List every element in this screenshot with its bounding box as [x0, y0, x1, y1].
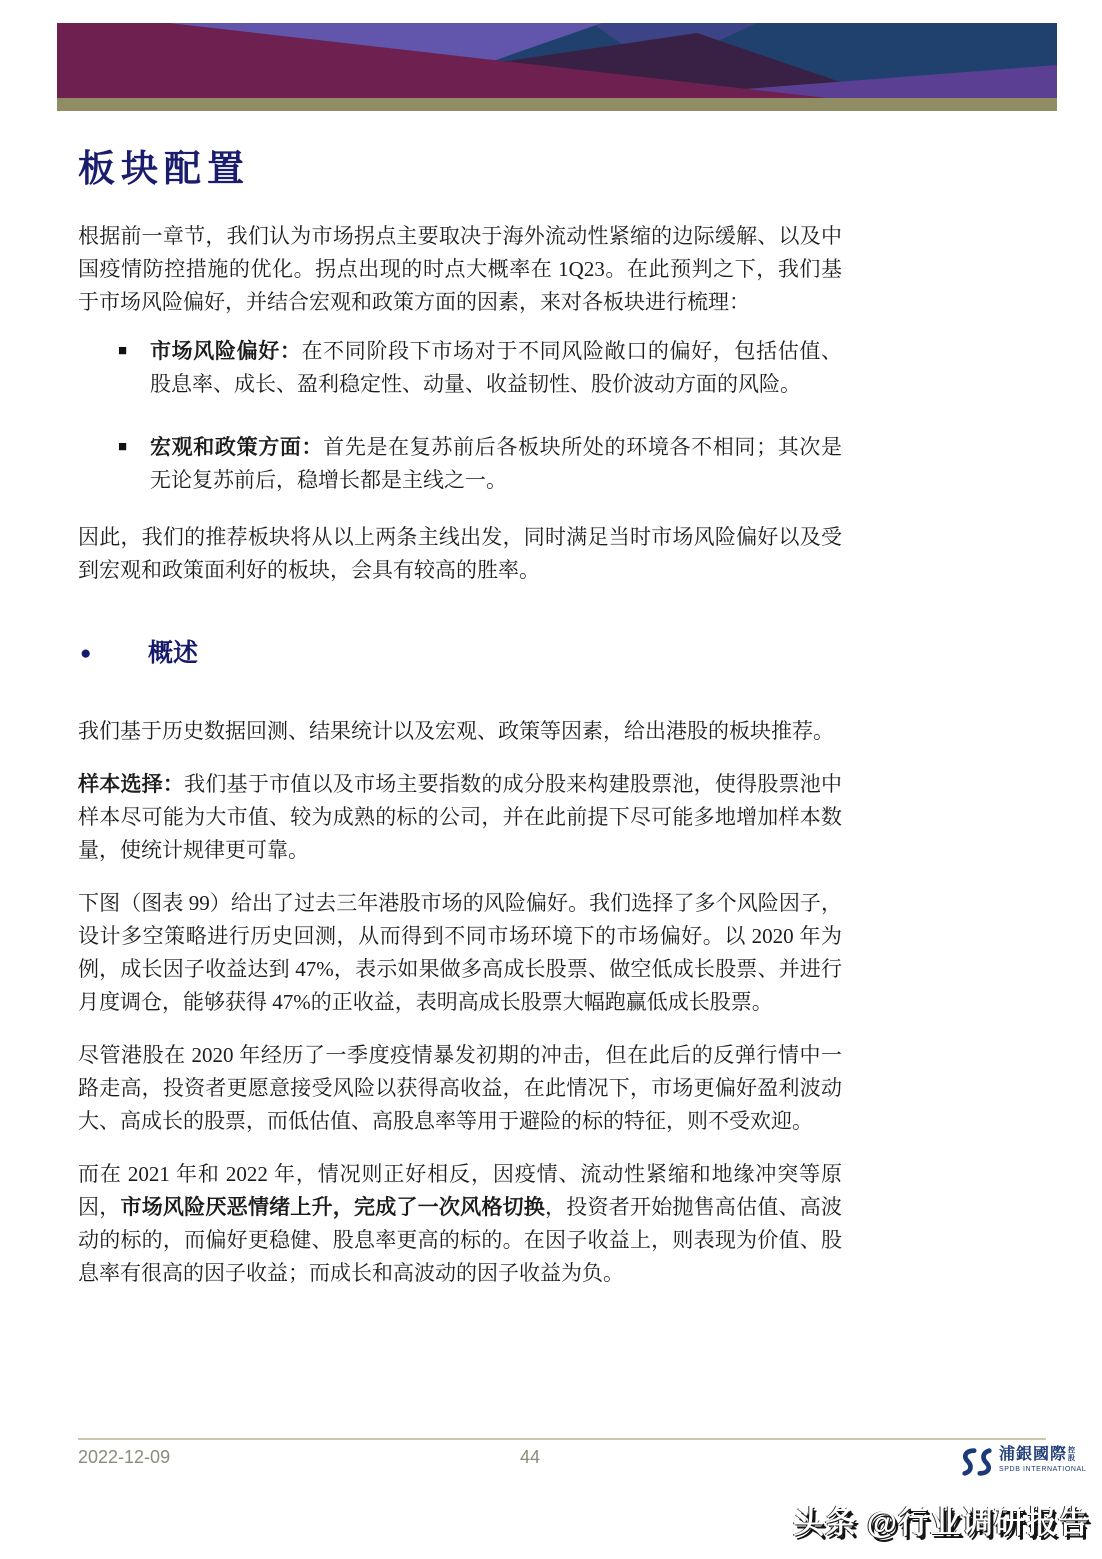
header-olive-stripe: [57, 98, 1057, 111]
square-bullet-icon: ■: [118, 335, 150, 401]
report-page: 板块配置 根据前一章节，我们认为市场拐点主要取决于海外流动性紧缩的边际缓解、以及…: [0, 0, 1102, 1559]
overview-paragraph-3: 下图（图表 99）给出了过去三年港股市场的风险偏好。我们选择了多个风险因子，设计…: [78, 887, 842, 1019]
logo-english-name: SPDB INTERNATIONAL: [999, 1466, 1086, 1473]
bullet-label: 市场风险偏好：: [150, 339, 302, 363]
overview-paragraph-4: 尽管港股在 2020 年经历了一季度疫情暴发初期的冲击，但在此后的反弹行情中一路…: [78, 1039, 842, 1138]
banner-geometry: [57, 23, 1057, 98]
section-title: 概述: [148, 633, 198, 675]
list-item: ■ 市场风险偏好：在不同阶段下市场对于不同风险敞口的偏好，包括估值、股息率、成长…: [78, 335, 842, 401]
logo-chinese-row: 浦銀國際 控 股: [999, 1447, 1086, 1463]
document-body: 板块配置 根据前一章节，我们认为市场拐点主要取决于海外流动性紧缩的边际缓解、以及…: [78, 146, 842, 1290]
logo-text-block: 浦銀國際 控 股 SPDB INTERNATIONAL: [999, 1447, 1086, 1473]
page-title: 板块配置: [78, 146, 842, 194]
spdb-international-logo: 浦銀國際 控 股 SPDB INTERNATIONAL: [960, 1447, 1086, 1477]
toutiao-watermark: 头条 @行业调研报告: [793, 1497, 1090, 1542]
list-item: ■ 宏观和政策方面：首先是在复苏前后各板块所处的环境各不相同；其次是无论复苏前后…: [78, 431, 842, 497]
sample-selection-text: 我们基于市值以及市场主要指数的成分股来构建股票池，使得股票池中样本尽可能为大市值…: [78, 772, 842, 862]
section-heading: ● 概述: [78, 633, 842, 675]
round-bullet-icon: ●: [78, 633, 148, 675]
paragraph-bold-segment: 市场风险厌恶情绪上升，完成了一次风格切换: [120, 1195, 545, 1219]
header-banner-graphic: [57, 23, 1057, 98]
logo-holdings-mark: 控 股: [1068, 1447, 1075, 1462]
square-bullet-icon: ■: [118, 431, 150, 497]
footer-date: 2022-12-09: [78, 1447, 170, 1468]
overview-paragraph-2: 样本选择：我们基于市值以及市场主要指数的成分股来构建股票池，使得股票池中样本尽可…: [78, 768, 842, 867]
overview-paragraph-5: 而在 2021 年和 2022 年，情况则正好相反，因疫情、流动性紧缩和地缘冲突…: [78, 1158, 842, 1290]
intro-paragraph: 根据前一章节，我们认为市场拐点主要取决于海外流动性紧缩的边际缓解、以及中国疫情防…: [78, 220, 842, 319]
logo-holdings-bottom: 股: [1068, 1455, 1075, 1463]
list-item-text: 宏观和政策方面：首先是在复苏前后各板块所处的环境各不相同；其次是无论复苏前后，稳…: [150, 431, 842, 497]
footer-divider: [78, 1438, 1046, 1440]
logo-chinese-name: 浦銀國際: [999, 1447, 1067, 1463]
bullet-label: 宏观和政策方面：: [150, 435, 323, 459]
spdb-logo-icon: [960, 1447, 994, 1477]
sample-selection-label: 样本选择：: [78, 772, 184, 796]
overview-paragraph-1: 我们基于历史数据回测、结果统计以及宏观、政策等因素，给出港股的板块推荐。: [78, 715, 842, 748]
logo-holdings-top: 控: [1068, 1447, 1075, 1455]
conclusion-paragraph: 因此，我们的推荐板块将从以上两条主线出发，同时满足当时市场风险偏好以及受到宏观和…: [78, 521, 842, 587]
bullet-list: ■ 市场风险偏好：在不同阶段下市场对于不同风险敞口的偏好，包括估值、股息率、成长…: [78, 335, 842, 497]
list-item-text: 市场风险偏好：在不同阶段下市场对于不同风险敞口的偏好，包括估值、股息率、成长、盈…: [150, 335, 842, 401]
page-number: 44: [500, 1447, 560, 1468]
